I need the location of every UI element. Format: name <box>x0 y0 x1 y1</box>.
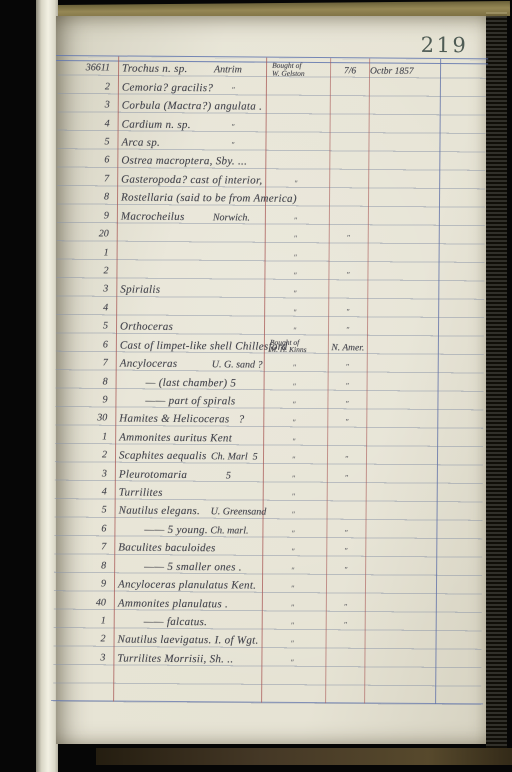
specimen-name: Nautilus elegans. <box>119 505 201 518</box>
acquisition-note: ″ <box>267 215 325 224</box>
entry-number: 1 <box>52 615 106 626</box>
specimen-name: Turrilites Morrisii, Sh. .. <box>117 652 233 665</box>
entry-number: 3 <box>51 652 105 663</box>
acquisition-note: ″ <box>264 621 322 630</box>
specimen-name: Ammonites planulatus . <box>118 597 228 610</box>
acquisition-note: ″ <box>264 639 322 648</box>
price-note: ″ <box>329 399 365 408</box>
entry-number: 5 <box>55 136 109 147</box>
acquisition-note: ″ <box>265 473 323 482</box>
price-note: ″ <box>328 602 364 611</box>
date-note: Octbr 1857 <box>370 67 440 78</box>
acquisition-note: ″ <box>264 584 322 593</box>
acquisition-note: ″ <box>266 326 324 335</box>
price-note: ″ <box>330 325 366 334</box>
specimen-name: Gasteropoda? cast of interior, <box>121 173 262 186</box>
locality-note: Norwich. <box>213 212 250 223</box>
price-note: ″ <box>329 418 365 427</box>
specimen-name: Corbula (Mactra?) angulata . <box>122 100 262 113</box>
specimen-name: Spirialis <box>120 284 160 296</box>
acquisition-note: ″ <box>265 436 323 445</box>
locality-note: Antrim <box>214 65 242 76</box>
specimen-name: Ancyloceras <box>120 358 178 370</box>
locality-note: U. Greensand <box>211 507 267 518</box>
price-note: ″ <box>328 620 364 629</box>
entry-number: 9 <box>55 210 109 221</box>
ledger-page: 219 36611Trochus n. sp.AntrimBought ofW.… <box>56 16 486 744</box>
entry-number: 5 <box>53 504 107 515</box>
page-content: 219 36611Trochus n. sp.AntrimBought ofW.… <box>51 16 487 747</box>
acquisition-note: ″ <box>266 271 324 280</box>
price-note: ″ <box>330 381 366 390</box>
price-note: ″ <box>328 546 364 555</box>
price-note: ″ <box>330 270 366 279</box>
acquisition-note: ″ <box>266 363 324 372</box>
price-note: ″ <box>328 528 364 537</box>
acquisition-note: ″ <box>264 547 322 556</box>
specimen-name: Hamites & Helicoceras ? <box>119 413 244 426</box>
locality-note: U. G. sand ? <box>212 359 263 370</box>
entry-number: 6 <box>54 339 108 350</box>
entry-number: 40 <box>52 597 106 608</box>
locality-note: 5 <box>211 470 231 481</box>
specimen-name: —— part of spirals <box>145 395 235 408</box>
book-cover-edge <box>96 748 512 765</box>
locality-note: ″ <box>232 122 235 131</box>
specimen-name: Scaphites aequalis <box>119 450 207 463</box>
entry-number: 2 <box>52 633 106 644</box>
acquisition-note: ″ <box>267 252 325 261</box>
entry-number: 6 <box>52 523 106 534</box>
entry-number: 2 <box>54 265 108 276</box>
locality-note: Ch. marl. <box>210 525 248 536</box>
book-fore-edge <box>486 12 507 749</box>
entry-number: 3 <box>54 283 108 294</box>
page-number: 219 <box>421 33 469 57</box>
entry-number: 7 <box>54 357 108 368</box>
price-note: ″ <box>331 233 367 242</box>
entry-number: 4 <box>56 118 110 129</box>
specimen-name: Cardium n. sp. <box>122 118 191 131</box>
acquisition-note: ″ <box>264 602 322 611</box>
entry-number: 2 <box>56 81 110 92</box>
acquisition-note: ″ <box>265 418 323 427</box>
entry-number: 8 <box>55 191 109 202</box>
entry-number: 36611 <box>56 62 110 73</box>
acquisition-note: ″ <box>265 455 323 464</box>
entry-number: 8 <box>54 376 108 387</box>
entry-number: 20 <box>55 228 109 239</box>
acquisition-note: ″ <box>265 400 323 409</box>
specimen-name: Cemoria? gracilis? <box>122 81 213 94</box>
specimen-name: Arca sp. <box>121 137 160 149</box>
price-note: ″ <box>329 473 365 482</box>
entry-number: 4 <box>53 486 107 497</box>
specimen-name: Cast of limpet-like shell Chillesford <box>120 339 288 352</box>
price-note: 7/6 <box>332 67 368 77</box>
entry-number: 4 <box>54 302 108 313</box>
entry-number: 1 <box>55 247 109 258</box>
acquisition-note: ″ <box>265 492 323 501</box>
acquisition-note: ″ <box>266 381 324 390</box>
specimen-name: —— 5 young. <box>144 524 208 536</box>
acquisition-note: ″ <box>267 179 325 188</box>
acquisition-note: Bought ofW. Gelston <box>268 62 326 77</box>
specimen-name: — (last chamber) 5 <box>146 376 237 389</box>
ledger-row: 3Turrilites Morrisii, Sh. ..″ <box>51 646 481 668</box>
acquisition-note: ″ <box>265 510 323 519</box>
acquisition-note: ″ <box>263 657 321 666</box>
locality-note: ″ <box>231 140 234 149</box>
entry-number: 3 <box>56 99 110 110</box>
locality-note: ″ <box>232 85 235 94</box>
acquisition-note: ″ <box>266 308 324 317</box>
acquisition-note: ″ <box>267 234 325 243</box>
acquisition-note: Bought ofM. H. Kinns <box>266 338 324 353</box>
specimen-name: Baculites baculoides <box>118 542 215 555</box>
specimen-name: —— 5 smaller ones . <box>144 560 242 573</box>
specimen-name: Turrilites <box>119 487 163 499</box>
price-note: N. Amer. <box>330 343 366 353</box>
acquisition-note: ″ <box>264 529 322 538</box>
entry-number: 2 <box>53 449 107 460</box>
entry-number: 8 <box>52 560 106 571</box>
entry-number: 30 <box>53 412 107 423</box>
entry-number: 7 <box>55 173 109 184</box>
acquisition-note: ″ <box>264 565 322 574</box>
entry-number: 9 <box>53 394 107 405</box>
price-note: ″ <box>330 307 366 316</box>
locality-note: Ch. Marl 5 <box>211 451 258 462</box>
acquisition-note: ″ <box>266 289 324 298</box>
specimen-name: Orthoceras <box>120 321 173 333</box>
price-note: ″ <box>330 362 366 371</box>
entry-number: 7 <box>52 541 106 552</box>
book-photograph: 219 36611Trochus n. sp.AntrimBought ofW.… <box>0 0 512 772</box>
specimen-name: Trochus n. sp. <box>122 63 188 76</box>
specimen-name: Rostellaria (said to be from America) <box>121 192 297 205</box>
entry-number: 5 <box>54 320 108 331</box>
price-note: ″ <box>328 565 364 574</box>
ledger-entries: 36611Trochus n. sp.AntrimBought ofW. Gel… <box>51 57 486 710</box>
specimen-name: Ancyloceras planulatus Kent. <box>118 579 256 592</box>
entry-number: 9 <box>52 578 106 589</box>
specimen-name: Ammonites auritus Kent <box>119 431 232 444</box>
entry-number: 1 <box>53 431 107 442</box>
specimen-name: Ostrea macroptera, Sby. ... <box>121 155 247 168</box>
entry-number: 6 <box>55 154 109 165</box>
specimen-name: Macrocheilus <box>121 210 185 222</box>
specimen-name: —— falcatus. <box>144 616 208 628</box>
specimen-name: Pleurotomaria <box>119 468 187 481</box>
price-note: ″ <box>329 454 365 463</box>
entry-number: 3 <box>53 468 107 479</box>
specimen-name: Nautilus laevigatus. I. of Wgt. <box>118 634 259 647</box>
